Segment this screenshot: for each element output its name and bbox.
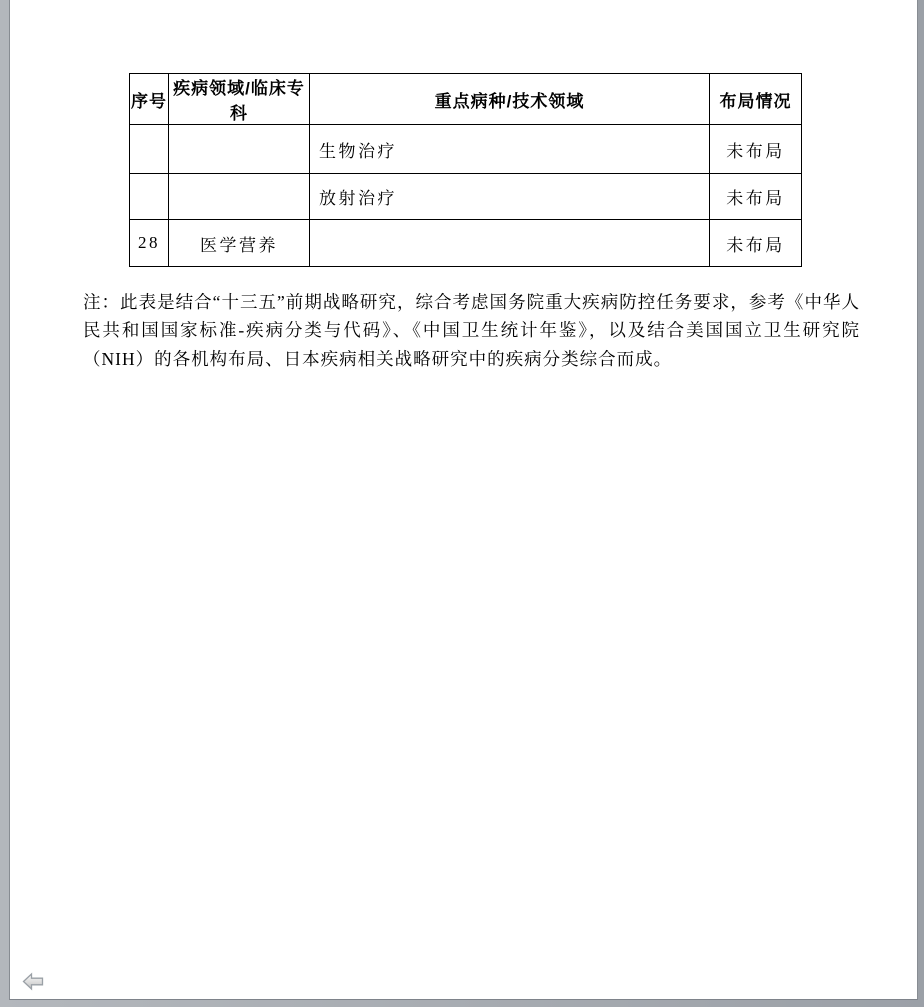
col-header-layout-status: 布局情况 <box>710 74 802 125</box>
cell-disease-field <box>169 125 310 174</box>
col-header-index: 序号 <box>130 74 169 125</box>
cell-layout-status: 未布局 <box>710 125 802 174</box>
cell-index <box>130 125 169 174</box>
cell-disease-field <box>169 174 310 220</box>
cell-key-topic: 放射治疗 <box>310 174 710 220</box>
cell-layout-status: 未布局 <box>710 174 802 220</box>
table-footnote: 注：此表是结合“十三五”前期战略研究，综合考虑国务院重大疾病防控任务要求，参考《… <box>83 288 860 374</box>
document-viewer: { "page": { "paper_color": "#ffffff", "c… <box>0 0 924 1007</box>
cell-key-topic <box>310 220 710 267</box>
cell-key-topic: 生物治疗 <box>310 125 710 174</box>
table-row: 放射治疗 未布局 <box>130 174 802 220</box>
table-header-row: 序号 疾病领域/临床专科 重点病种/技术领域 布局情况 <box>130 74 802 125</box>
disease-layout-table: 序号 疾病领域/临床专科 重点病种/技术领域 布局情况 生物治疗 未布局 放射治… <box>129 73 802 267</box>
table-row: 生物治疗 未布局 <box>130 125 802 174</box>
cell-disease-field: 医学营养 <box>169 220 310 267</box>
col-header-key-topic: 重点病种/技术领域 <box>310 74 710 125</box>
table-row: 28 医学营养 未布局 <box>130 220 802 267</box>
cell-layout-status: 未布局 <box>710 220 802 267</box>
back-arrow-icon[interactable] <box>22 972 44 992</box>
document-page: 序号 疾病领域/临床专科 重点病种/技术领域 布局情况 生物治疗 未布局 放射治… <box>9 0 918 1000</box>
cell-index <box>130 174 169 220</box>
cell-index: 28 <box>130 220 169 267</box>
col-header-disease-field: 疾病领域/临床专科 <box>169 74 310 125</box>
